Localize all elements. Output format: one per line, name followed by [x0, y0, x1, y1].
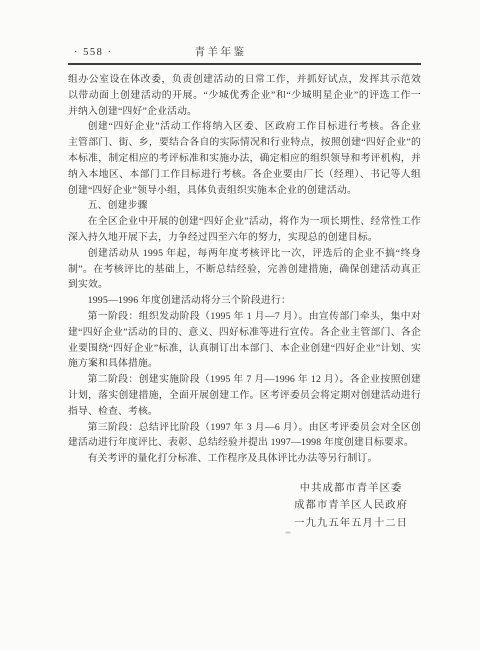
text-line: 建活动进行年度评比、表彰、总结经验并提出 1997—1998 年度创建目标要求。 — [68, 435, 421, 451]
header-rule — [68, 63, 421, 65]
text-line: 创建“四好企业”活动工作将纳入区委、区政府工作目标进行考核。各企业 — [68, 119, 421, 135]
text-line: 纳入本地区、本部门工作目标进行考核。各企业要由厂长（经理）、书记等人组成 — [68, 167, 421, 183]
text-line: 施方案和具体措施。 — [68, 356, 421, 372]
page-header-row: · 558 · 青羊年鉴 — [68, 46, 421, 61]
text-line: 建“四好企业”活动的目的、意义、四好标准等进行宣传。各企业主管部门、各企 — [68, 325, 421, 341]
signature-line-date: 一九九五年五月十二日 — [294, 515, 408, 533]
signature-line-government: 成都市青羊区人民政府 — [294, 497, 408, 515]
signature-block: 中共成都市青羊区委 成都市青羊区人民政府 一九九五年五月十二日 — [294, 480, 408, 533]
text-line: 业要围绕“四好企业”标准，认真制订出本部门、本企业创建“四好企业”计划、实 — [68, 341, 421, 357]
text-line: 主管部门、街、乡，要结合各自的实际情况和行业特点，按照创建“四好企业”的基 — [68, 135, 421, 151]
scanned-document-page: · 558 · 青羊年鉴 组办公室设在体改委，负责创建活动的日常工作，并抓好试点… — [0, 0, 480, 651]
text-line: 本标准，制定相应的考评标准和实施办法，确定相应的组织领导和考评机构，并 — [68, 151, 421, 167]
document-body: 组办公室设在体改委，负责创建活动的日常工作，并抓好试点，发挥其示范效应， 以带动… — [68, 72, 421, 532]
text-line: 指导、检查、考核。 — [68, 404, 421, 420]
text-line: 到实效。 — [68, 277, 421, 293]
text-line: 第三阶段：总结评比阶段（1997 年 3 月—6 月）。由区考评委员会对全区创 — [68, 420, 421, 436]
scan-speck — [285, 531, 291, 534]
book-title: 青羊年鉴 — [195, 46, 247, 59]
text-line: 组办公室设在体改委，负责创建活动的日常工作，并抓好试点，发挥其示范效应， — [68, 72, 421, 88]
text-line: 创建“四好企业”领导小组，具体负责组织实施本企业的创建活动。 — [68, 183, 421, 199]
signature-line-party-committee: 中共成都市青羊区委 — [294, 480, 408, 498]
text-line: 深入持久地开展下去，力争经过四至六年的努力，实现总的创建目标。 — [68, 230, 421, 246]
text-line: 1995—1996 年度创建活动将分三个阶段进行： — [68, 293, 421, 309]
section-heading: 五、创建步骤 — [68, 198, 421, 214]
text-line: 以带动面上创建活动的开展。“少城优秀企业”和“少城明星企业”的评选工作一 — [68, 88, 421, 104]
text-line: 有关考评的量化打分标准、工作程序及具体评比办法等另行制订。 — [68, 451, 421, 467]
page-header: · 558 · 青羊年鉴 — [68, 46, 421, 65]
text-line: 制”。在考核评比的基础上，不断总结经验，完善创建措施，确保创建活动真正收 — [68, 262, 421, 278]
text-line: 并纳入创建“四好”企业活动。 — [68, 104, 421, 120]
text-line: 第二阶段：创建实施阶段（1995 年 7 月—1996 年 12 月）。各企业按… — [68, 372, 421, 388]
text-line: 第一阶段：组织发动阶段（1995 年 1 月—7 月）。由宣传部门牵头，集中对创 — [68, 309, 421, 325]
text-line: 创建活动从 1995 年起，每两年度考核评比一次，评选后的企业不搞“终身 — [68, 246, 421, 262]
text-line: 在全区企业中开展的创建“四好企业”活动，将作为一项长期性、经常性工作 — [68, 214, 421, 230]
page-number: · 558 · — [74, 46, 113, 59]
text-line: 计划，落实创建措施，全面开展创建工作。区考评委员会将定期对创建活动进行 — [68, 388, 421, 404]
